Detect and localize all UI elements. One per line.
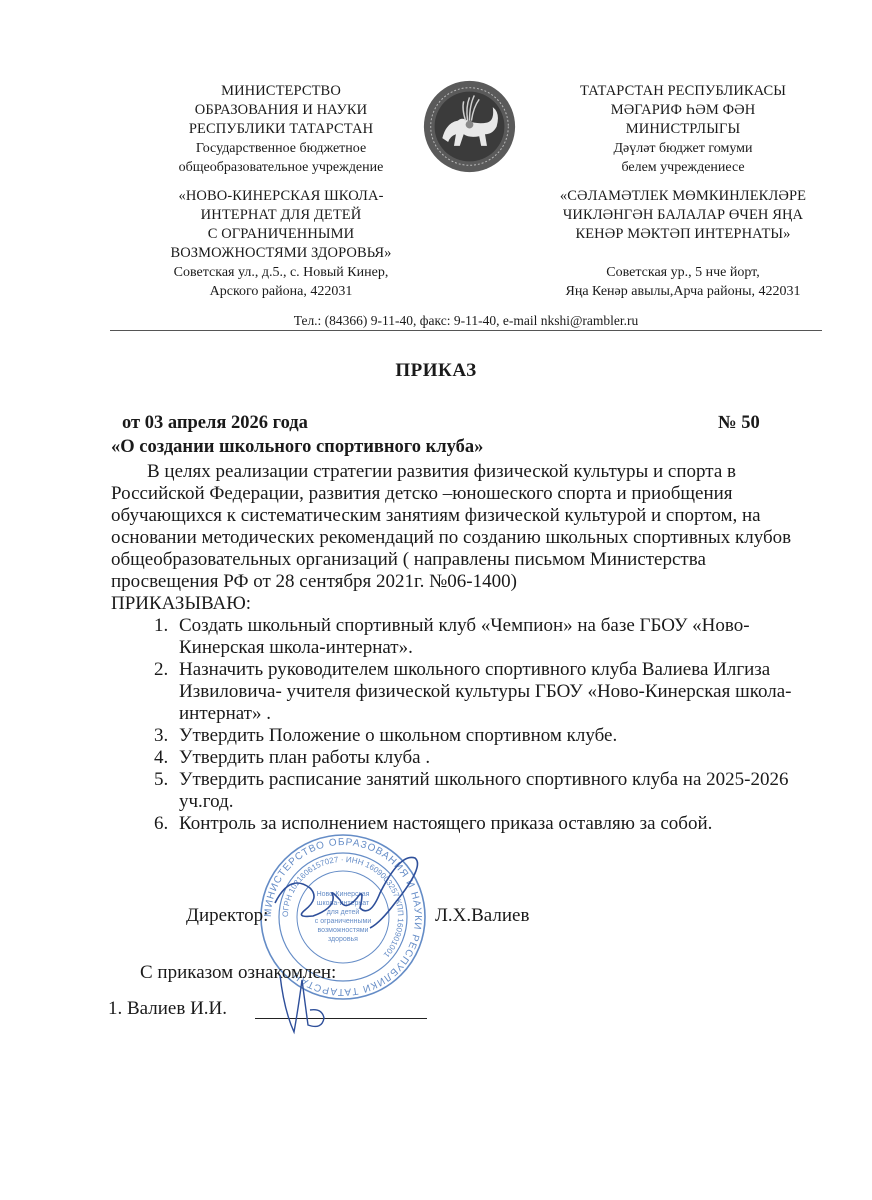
- address-line: Яңа Кенәр авылы,Арча районы, 422031: [548, 282, 818, 301]
- document-date: от 03 апреля 2026 года: [122, 413, 308, 434]
- signature-title: Директор:: [186, 905, 268, 927]
- document-body: В целях реализации стратегии развития фи…: [111, 461, 811, 835]
- ministry-line: МӘГАРИФ ҺӘМ ФӘН: [548, 101, 818, 120]
- school-name-line: ЧИКЛӘНГӘН БАЛАЛАР ӨЧЕН ЯҢА: [548, 206, 818, 225]
- order-items-list: Создать школьный спортивный клуб «Чемпио…: [111, 615, 811, 835]
- institution-type-line: белем учреждениесе: [548, 158, 818, 177]
- school-name-line: «СӘЛАМӘТЛЕК МӨМКИНЛЕКЛӘРЕ: [548, 187, 818, 206]
- address-line: Советская ул., д.5., с. Новый Кинер,: [150, 263, 412, 282]
- acknowledgement-entry: 1. Валиев И.И.: [108, 998, 227, 1020]
- header-divider: [110, 330, 822, 331]
- header-left-block: МИНИСТЕРСТВО ОБРАЗОВАНИЯ И НАУКИ РЕСПУБЛ…: [150, 82, 412, 301]
- director-signature-icon: [265, 848, 435, 938]
- school-name-line: ВОЗМОЖНОСТЯМИ ЗДОРОВЬЯ»: [150, 244, 412, 263]
- school-name-line: ИНТЕРНАТ ДЛЯ ДЕТЕЙ: [150, 206, 412, 225]
- preamble-paragraph: В целях реализации стратегии развития фи…: [111, 461, 811, 593]
- school-name-line: КЕНӘР МӘКТӘП ИНТЕРНАТЫ»: [548, 225, 818, 244]
- ministry-line: ТАТАРСТАН РЕСПУБЛИКАСЫ: [548, 82, 818, 101]
- ministry-line: ОБРАЗОВАНИЯ И НАУКИ: [150, 101, 412, 120]
- order-word: ПРИКАЗЫВАЮ:: [111, 593, 811, 615]
- order-item: Назначить руководителем школьного спорти…: [173, 659, 811, 725]
- address-line: Советская ур., 5 нче йорт,: [548, 263, 818, 282]
- document-subject: «О создании школьного спортивного клуба»: [111, 437, 483, 458]
- order-item: Утвердить расписание занятий школьного с…: [173, 769, 811, 813]
- ministry-line: РЕСПУБЛИКИ ТАТАРСТАН: [150, 120, 412, 139]
- ministry-line: МИНИСТЕРСТВО: [150, 82, 412, 101]
- acknowledgement-signature-icon: [272, 970, 342, 1040]
- document-number: № 50: [718, 413, 760, 434]
- school-name-line: «НОВО-КИНЕРСКАЯ ШКОЛА-: [150, 187, 412, 206]
- document-title: ПРИКАЗ: [0, 360, 872, 382]
- ministry-line: МИНИСТРЛЫГЫ: [548, 120, 818, 139]
- institution-type-line: общеобразовательное учреждение: [150, 158, 412, 177]
- order-item: Создать школьный спортивный клуб «Чемпио…: [173, 615, 811, 659]
- header-right-block: ТАТАРСТАН РЕСПУБЛИКАСЫ МӘГАРИФ ҺӘМ ФӘН М…: [548, 82, 818, 301]
- school-name-line: С ОГРАНИЧЕННЫМИ: [150, 225, 412, 244]
- tatarstan-emblem-icon: [421, 78, 518, 175]
- institution-type-line: Дәүләт бюджет гомуми: [548, 139, 818, 158]
- order-item: Утвердить план работы клуба .: [173, 747, 811, 769]
- address-line: Арского района, 422031: [150, 282, 412, 301]
- order-item: Утвердить Положение о школьном спортивно…: [173, 725, 811, 747]
- contact-info: Тел.: (84366) 9-11-40, факс: 9-11-40, e-…: [110, 313, 822, 329]
- institution-type-line: Государственное бюджетное: [150, 139, 412, 158]
- signatory-name: Л.Х.Валиев: [435, 905, 529, 927]
